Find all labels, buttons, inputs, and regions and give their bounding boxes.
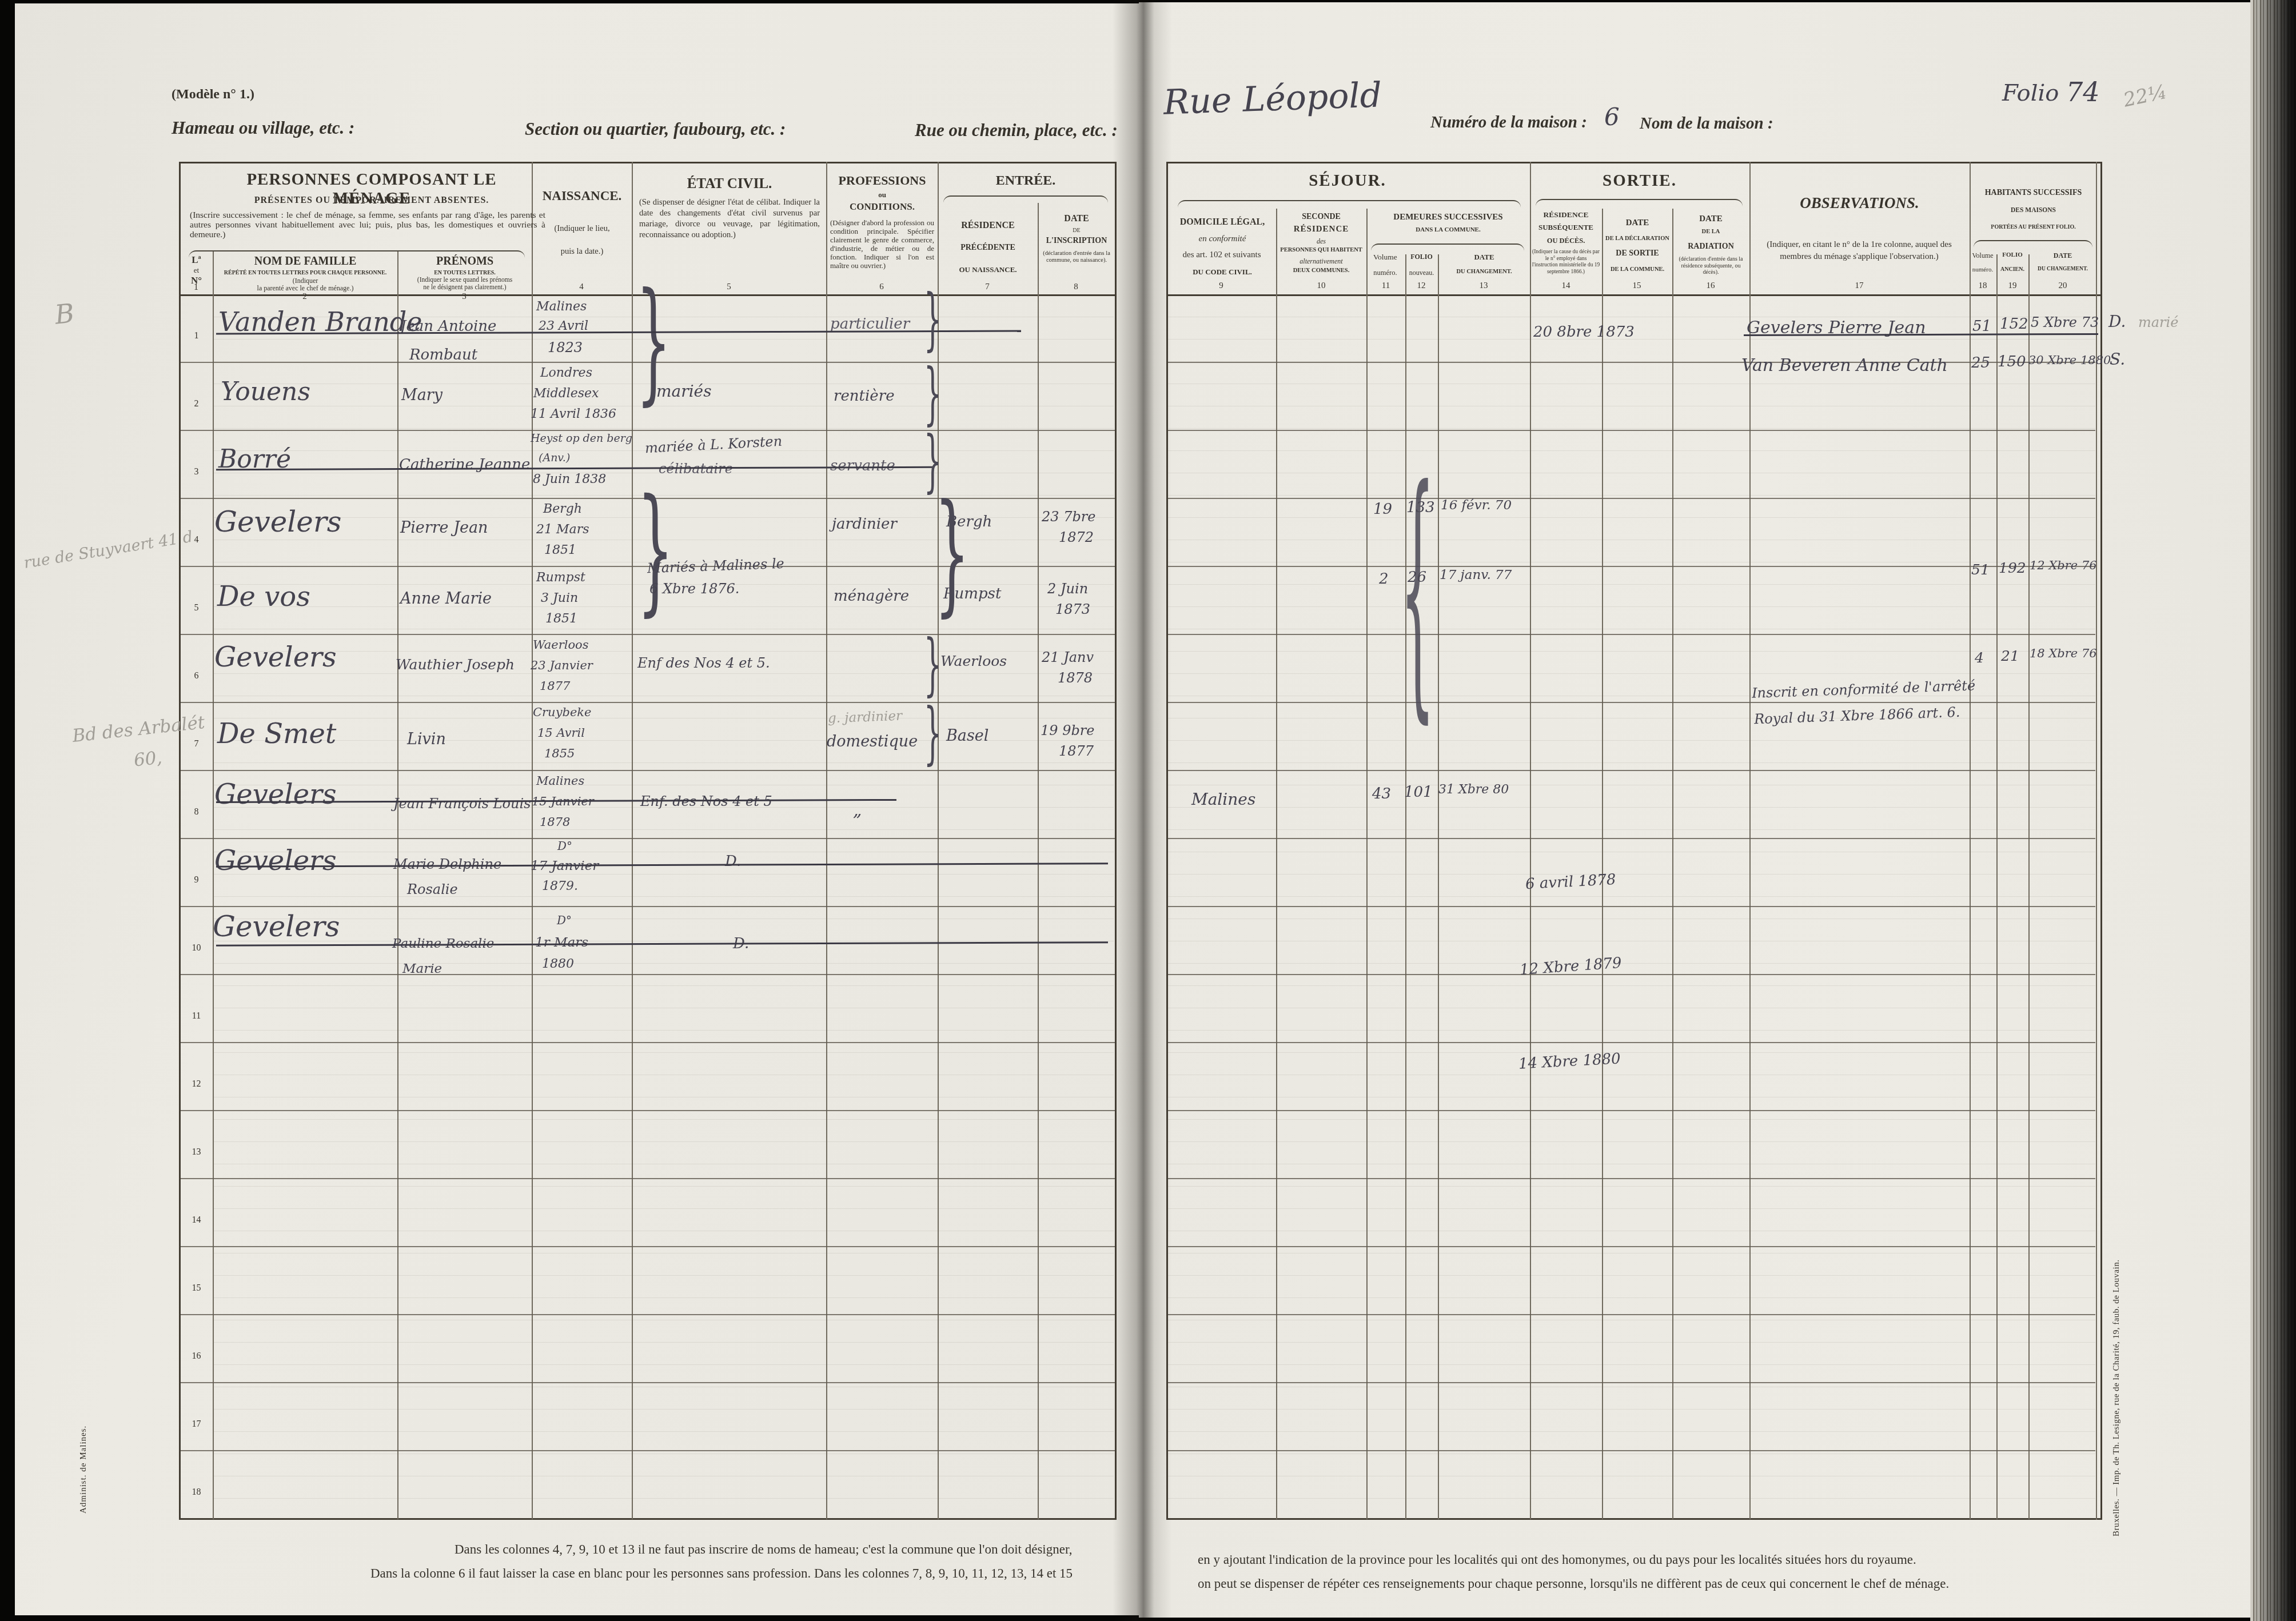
subsequent-residence: 20 8bre 1873 bbox=[1533, 324, 1635, 341]
house-number-value: 6 bbox=[1604, 103, 1620, 131]
row-number: 5 bbox=[180, 603, 213, 613]
col-number: 15 bbox=[1620, 281, 1654, 291]
model-label: (Modèle n° 1.) bbox=[172, 87, 254, 102]
section-label: Section ou quartier, faubourg, etc. : bbox=[525, 119, 786, 139]
ditto-mark: „ bbox=[853, 800, 862, 820]
col12-title: FOLIO bbox=[1405, 253, 1438, 261]
col13-title: DATE bbox=[1439, 253, 1529, 262]
menage-subtitle: PRÉSENTES OU TEMPORAIREMENT ABSENTES. bbox=[214, 195, 529, 206]
folio-value: 74 bbox=[2066, 77, 2100, 107]
footnote: en y ajoutant l'indication de la provinc… bbox=[1198, 1552, 1916, 1567]
col6-title: CONDITIONS. bbox=[828, 201, 936, 213]
rue-label: Rue ou chemin, place, etc. : bbox=[915, 120, 1118, 141]
ditto-brace: } bbox=[934, 502, 969, 604]
surname: Gevelers bbox=[214, 505, 342, 538]
col6-title: PROFESSIONS bbox=[828, 173, 936, 188]
col-number: 17 bbox=[1842, 281, 1876, 291]
col6-note: (Désigner d'abord la profession ou condi… bbox=[830, 218, 934, 270]
col7-title: PRÉCÉDENTE bbox=[939, 243, 1037, 253]
brace bbox=[1371, 243, 1524, 251]
observations-title: OBSERVATIONS. bbox=[1751, 194, 1968, 212]
birth-year: 1879. bbox=[542, 879, 578, 893]
folio-label: Folio bbox=[2002, 80, 2059, 106]
row-number: 13 bbox=[180, 1147, 213, 1157]
ditto-brace: } bbox=[924, 293, 942, 345]
profession: ménagère bbox=[834, 588, 909, 605]
col-number: 1 bbox=[179, 282, 213, 293]
row-number: 11 bbox=[180, 1011, 213, 1021]
birth-year: 1851 bbox=[544, 543, 576, 557]
footnote: on peut se dispenser de répéter ces rens… bbox=[1198, 1576, 1949, 1591]
row-number: 10 bbox=[180, 943, 213, 953]
civil-status: Enf des Nos 4 et 5. bbox=[637, 655, 770, 671]
habitant-folio: 152 bbox=[2000, 316, 2028, 333]
row-number: 1 bbox=[180, 331, 213, 341]
birth-date: 8 Juin 1838 bbox=[533, 472, 606, 486]
brace bbox=[1536, 199, 1743, 206]
col1-header: Lª bbox=[180, 254, 213, 266]
surname: Gevelers bbox=[214, 778, 337, 811]
col14-note: (Indiquer la cause du décès par le n° em… bbox=[1532, 249, 1600, 276]
street-name-value: Rue Léopold bbox=[1163, 75, 1382, 122]
birth-place: (Anv.) bbox=[539, 452, 570, 464]
birth-date: 11 Avril 1836 bbox=[531, 407, 616, 421]
col3-note: ne le désignent pas clairement.) bbox=[399, 284, 531, 291]
brace bbox=[1178, 200, 1521, 207]
margin-pencil-note: 60, bbox=[133, 748, 163, 771]
birth-place: Malines bbox=[536, 774, 584, 788]
col8-title: DE bbox=[1039, 227, 1114, 234]
register-scan: (Modèle n° 1.) Hameau ou village, etc. :… bbox=[0, 0, 2296, 1621]
birth-year: 1823 bbox=[548, 340, 583, 356]
given-names: Livin bbox=[407, 730, 446, 748]
given-names: Anne Marie bbox=[400, 590, 492, 608]
profession: servante bbox=[830, 457, 895, 474]
habitants-title: PORTÉES AU PRÉSENT FOLIO. bbox=[1971, 224, 2096, 230]
registration-date: 21 Janv bbox=[1042, 649, 1094, 665]
col12-title: nouveau. bbox=[1405, 269, 1438, 277]
col-number: 4 bbox=[564, 282, 599, 292]
registration-date: 1872 bbox=[1059, 529, 1094, 545]
habitant-date: 12 Xbre 76 bbox=[2030, 558, 2097, 572]
observation-name: Van Beveren Anne Cath bbox=[1741, 356, 1948, 376]
birth-place-ditto: D° bbox=[557, 839, 572, 853]
col-number: 20 bbox=[2046, 281, 2080, 291]
table-bottom-rule bbox=[1167, 1518, 2100, 1520]
col15-title: DE LA DÉCLARATION bbox=[1602, 235, 1673, 242]
surname: Gevelers bbox=[213, 910, 340, 943]
col-number: 3 bbox=[447, 292, 481, 302]
col-number: 11 bbox=[1369, 281, 1403, 291]
given-names: Marie bbox=[402, 961, 442, 976]
given-names: Catherine Jeanne bbox=[399, 456, 530, 473]
table-bottom-rule bbox=[180, 1518, 1117, 1520]
col8-note: (déclaration d'entrée dans la commune, o… bbox=[1040, 250, 1113, 264]
birth-place: Middlesex bbox=[533, 386, 599, 401]
registration-date: 23 7bre bbox=[1042, 509, 1095, 525]
col-number: 5 bbox=[712, 282, 746, 292]
habitant-folio: 192 bbox=[1999, 560, 2026, 576]
birth-date: 23 Janvier bbox=[531, 658, 593, 672]
footnote: Dans la colonne 6 il faut laisser la cas… bbox=[370, 1566, 1073, 1581]
col4-title: NAISSANCE. bbox=[533, 189, 631, 203]
habitant-volume: 51 bbox=[1972, 318, 1991, 335]
profession-pencil: g. jardinier bbox=[828, 709, 903, 726]
row-number: 8 bbox=[180, 807, 213, 817]
col7-title: RÉSIDENCE bbox=[939, 221, 1037, 231]
given-names: Pierre Jean bbox=[400, 519, 488, 537]
registration-date: 2 Juin bbox=[1047, 581, 1088, 597]
habitants-title: HABITANTS SUCCESSIFS bbox=[1971, 189, 2096, 198]
registration-date: 1878 bbox=[1058, 670, 1093, 686]
col-number: 7 bbox=[970, 282, 1005, 292]
birth-year: 1855 bbox=[544, 746, 575, 760]
page-stack-edge bbox=[2250, 0, 2296, 1621]
birth-date: 21 Mars bbox=[536, 522, 589, 537]
col15-title: DE LA COMMUNE. bbox=[1603, 266, 1672, 273]
habitant-folio: 150 bbox=[1998, 353, 2026, 370]
col1-header: et bbox=[180, 266, 213, 275]
birth-place-ditto: D° bbox=[557, 913, 572, 927]
col11-title: Volume bbox=[1366, 253, 1404, 262]
col-number: 12 bbox=[1404, 281, 1438, 291]
row-number: 9 bbox=[180, 875, 213, 885]
col9-title: en conformité bbox=[1170, 234, 1275, 244]
birth-place: Londres bbox=[540, 366, 592, 380]
demeures-title: DEMEURES SUCCESSIVES bbox=[1368, 213, 1529, 222]
col10-title: alternativement bbox=[1278, 257, 1365, 266]
birth-date: 15 Avril bbox=[537, 726, 585, 740]
footnote: Dans les colonnes 4, 7, 9, 10 et 13 il n… bbox=[455, 1542, 1072, 1557]
col5-title: ÉTAT CIVIL. bbox=[633, 176, 826, 192]
demeure-folio: 101 bbox=[1404, 784, 1433, 801]
margin-mark: S. bbox=[2110, 350, 2125, 369]
table-top-rule bbox=[180, 162, 1117, 163]
col14-title: RÉSIDENCE bbox=[1531, 210, 1601, 219]
given-names: Rombaut bbox=[409, 346, 477, 364]
col2-title: NOM DE FAMILLE bbox=[217, 255, 393, 268]
col3-title: PRÉNOMS bbox=[400, 255, 529, 268]
col9-title: des art. 102 et suivants bbox=[1167, 250, 1276, 260]
col3-subtitle: EN TOUTES LETTRES. bbox=[400, 270, 529, 276]
col-number: 2 bbox=[288, 292, 322, 302]
birth-year: 1851 bbox=[545, 612, 577, 626]
sejour-title: SÉJOUR. bbox=[1167, 171, 1528, 190]
civil-status: mariés bbox=[656, 382, 712, 401]
ditto-brace: } bbox=[924, 367, 942, 420]
col9-title: DOMICILE LÉGAL, bbox=[1170, 217, 1275, 227]
col-number: 18 bbox=[1966, 281, 2000, 291]
col20-title: DATE bbox=[2030, 251, 2096, 260]
birth-place: Cruybeke bbox=[533, 705, 592, 719]
row-number: 2 bbox=[180, 399, 213, 409]
surname: Gevelers bbox=[214, 641, 337, 673]
birth-year: 1880 bbox=[542, 957, 574, 971]
col16-note: (déclaration d'entrée dans la résidence … bbox=[1675, 256, 1747, 276]
civil-status: 6 Xbre 1876. bbox=[649, 581, 739, 597]
profession: rentière bbox=[834, 388, 895, 405]
demeure-volume: 2 bbox=[1379, 570, 1389, 588]
demeure-date: 31 Xbre 80 bbox=[1438, 782, 1509, 797]
col10-title: PERSONNES QUI HABITENT bbox=[1277, 247, 1366, 253]
col6-title: ou bbox=[828, 190, 936, 199]
margin-pencil-note: marié bbox=[2138, 314, 2178, 330]
birth-year: 1877 bbox=[540, 679, 570, 693]
previous-residence: Waerloos bbox=[940, 653, 1007, 669]
row-number: 18 bbox=[180, 1487, 213, 1498]
row-number: 7 bbox=[180, 739, 213, 749]
col4-note: (Indiquer le lieu, bbox=[533, 224, 631, 234]
row-number: 14 bbox=[180, 1215, 213, 1225]
habitant-date: 5 Xbre 73 bbox=[2031, 314, 2099, 330]
col20-title: DU CHANGEMENT. bbox=[2030, 266, 2096, 272]
given-names: Rosalie bbox=[407, 881, 458, 897]
sortie-title: SORTIE. bbox=[1530, 171, 1749, 190]
previous-residence: Basel bbox=[946, 727, 988, 745]
row-number: 6 bbox=[180, 671, 213, 681]
col-number: 10 bbox=[1304, 281, 1338, 291]
col10-title: RÉSIDENCE bbox=[1278, 225, 1365, 234]
col9-title: DU CODE CIVIL. bbox=[1170, 267, 1275, 277]
col19-title: FOLIO bbox=[1996, 251, 2028, 258]
birth-year: 1878 bbox=[540, 815, 570, 829]
row-number: 12 bbox=[180, 1079, 213, 1089]
surname: De Smet bbox=[217, 718, 336, 750]
col8-title: DATE bbox=[1039, 214, 1114, 224]
house-number-label: Numéro de la maison : bbox=[1430, 113, 1587, 132]
demeure-date: 17 janv. 77 bbox=[1440, 568, 1512, 582]
col3-note: (Indiquer le sexe quand les prénoms bbox=[399, 277, 531, 284]
given-names: Wauthier Joseph bbox=[396, 656, 515, 673]
col-number: 19 bbox=[1995, 281, 2030, 291]
col10-title: des bbox=[1278, 237, 1365, 246]
table-top-rule bbox=[1167, 162, 2100, 163]
menage-note: (Inscrire successivement : le chef de mé… bbox=[190, 210, 545, 239]
couple-brace: } bbox=[636, 290, 671, 393]
col4-note: puis la date.) bbox=[533, 247, 631, 257]
observations-note: (Indiquer, en citant le n° de la 1re col… bbox=[1762, 239, 1956, 263]
row-number: 3 bbox=[180, 467, 213, 477]
birth-place: Rumpst bbox=[536, 570, 585, 585]
given-names: Mary bbox=[401, 386, 443, 404]
hameau-label: Hameau ou village, etc. : bbox=[172, 118, 354, 138]
col15-title: DE SORTIE bbox=[1603, 249, 1672, 258]
faint-guide-rules bbox=[1168, 295, 2095, 1518]
civil-status-ditto: D. bbox=[725, 853, 741, 870]
legal-domicile: Malines bbox=[1191, 790, 1255, 809]
col8-title: L'INSCRIPTION bbox=[1039, 237, 1114, 246]
col10-title: SECONDE bbox=[1278, 213, 1365, 222]
group-brace: { bbox=[1401, 485, 1435, 694]
habitant-folio: 21 bbox=[2001, 648, 2019, 664]
demeures-title: DANS LA COMMUNE. bbox=[1368, 226, 1529, 233]
ditto-brace: } bbox=[924, 706, 942, 759]
habitant-volume: 25 bbox=[1971, 354, 1990, 372]
surname: De vos bbox=[217, 581, 310, 613]
col14-title: OU DÉCÈS. bbox=[1531, 237, 1601, 245]
registration-date: 1877 bbox=[1059, 743, 1094, 759]
margin-pencil-letter: B bbox=[53, 297, 75, 330]
col18-title: Volume bbox=[1967, 251, 1998, 260]
brace bbox=[1974, 240, 2092, 247]
col-number: 14 bbox=[1549, 281, 1583, 291]
col16-title: DATE bbox=[1673, 214, 1748, 224]
col-number: 13 bbox=[1466, 281, 1501, 291]
col13-title: DU CHANGEMENT. bbox=[1439, 269, 1529, 275]
surname: Gevelers bbox=[214, 845, 337, 877]
col2-subtitle: RÉPÉTÉ EN TOUTES LETTRES POUR CHAQUE PER… bbox=[215, 270, 396, 276]
birth-date: 1r Mars bbox=[535, 935, 588, 950]
col11-title: numéro. bbox=[1366, 269, 1404, 277]
given-names: Marie Delphine bbox=[393, 856, 501, 872]
printer-imprint: Bruxelles. — Imp. de Th. Lesigne, rue de… bbox=[2112, 1259, 2122, 1536]
demeure-date: 16 févr. 70 bbox=[1441, 498, 1512, 513]
col-number: 6 bbox=[864, 282, 899, 292]
col2-note: la parenté avec le chef de ménage.) bbox=[217, 284, 393, 293]
col-number: 16 bbox=[1693, 281, 1728, 291]
col-number: 9 bbox=[1204, 281, 1238, 291]
ditto-brace: } bbox=[924, 638, 942, 690]
col10-title: DEUX COMMUNES. bbox=[1278, 267, 1365, 274]
birth-place: Bergh bbox=[543, 502, 582, 516]
col19-title: ANCIEN. bbox=[1996, 266, 2028, 273]
brace bbox=[943, 195, 1108, 203]
demeure-volume: 19 bbox=[1373, 501, 1392, 518]
col15-title: DATE bbox=[1603, 218, 1672, 228]
habitant-volume: 51 bbox=[1971, 561, 1990, 578]
profession: domestique bbox=[827, 733, 918, 750]
book-gutter-shadow bbox=[1113, 0, 1172, 1621]
row-number: 17 bbox=[180, 1419, 213, 1430]
habitant-date: 18 Xbre 76 bbox=[2030, 646, 2097, 660]
birth-place: Heyst op den berg bbox=[531, 432, 632, 445]
col18-title: numéro. bbox=[1967, 266, 1998, 273]
row-number: 15 bbox=[180, 1283, 213, 1293]
col14-title: SUBSÉQUENTE bbox=[1531, 223, 1601, 232]
col5-note: (Se dispenser de désigner l'état de céli… bbox=[639, 197, 820, 241]
given-names: Jean François Louis bbox=[393, 796, 531, 812]
entree-title: ENTRÉE. bbox=[938, 173, 1114, 189]
col16-title: DE LA bbox=[1673, 229, 1748, 235]
margin-mark: D. bbox=[2108, 312, 2126, 331]
demeure-volume: 43 bbox=[1372, 785, 1391, 802]
registration-date: 1873 bbox=[1055, 601, 1090, 617]
habitants-title: DES MAISONS bbox=[1971, 207, 2096, 214]
habitant-date: 30 Xbre 1880 bbox=[2028, 353, 2111, 367]
habitant-volume: 4 bbox=[1975, 649, 1984, 666]
col7-title: OU NAISSANCE. bbox=[939, 265, 1037, 274]
row-number: 16 bbox=[180, 1351, 213, 1362]
left-edge-imprint: Administ. de Malines. bbox=[79, 1426, 89, 1514]
surname: Youens bbox=[221, 377, 310, 406]
birth-place: Malines bbox=[536, 300, 587, 314]
registration-date: 19 9bre bbox=[1041, 722, 1094, 738]
col-number: 8 bbox=[1059, 282, 1093, 292]
birth-place: Waerloos bbox=[533, 638, 589, 652]
house-name-label: Nom de la maison : bbox=[1640, 114, 1773, 133]
birth-date: 3 Juin bbox=[541, 591, 578, 605]
col16-title: RADIATION bbox=[1673, 242, 1748, 251]
profession: jardinier bbox=[832, 516, 897, 533]
